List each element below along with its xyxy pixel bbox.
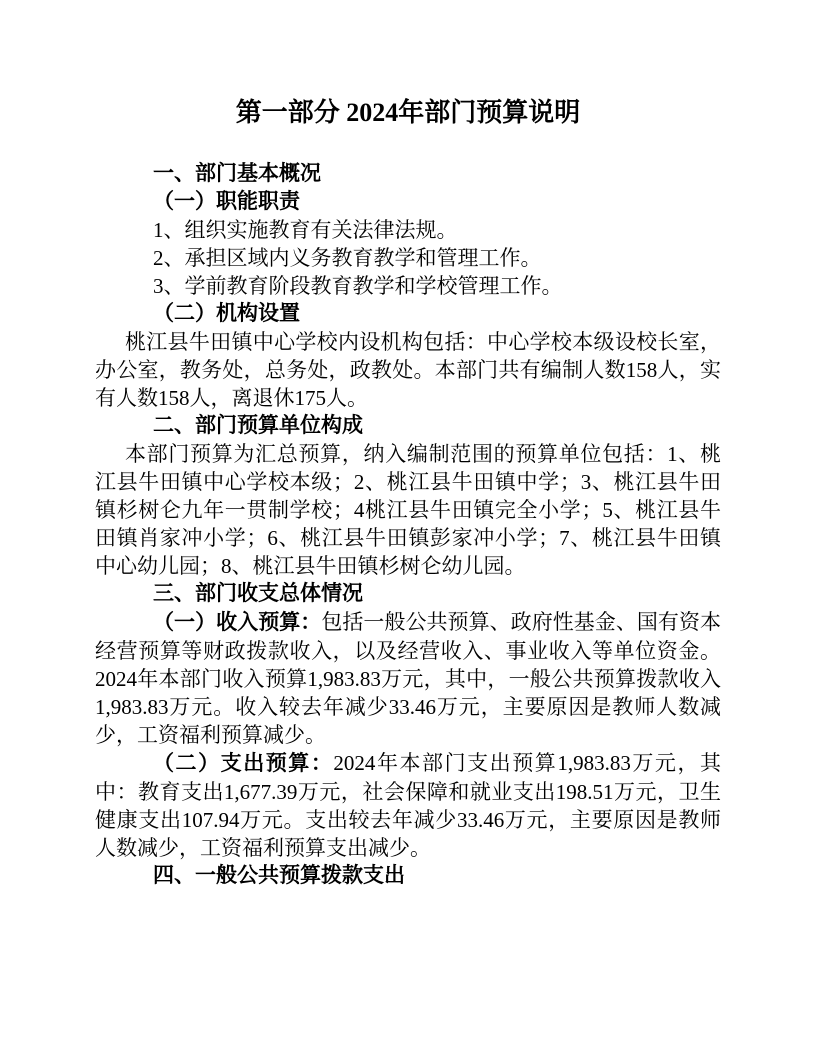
expenditure-budget-lead-label: （二）支出预算： bbox=[153, 752, 333, 775]
list-item-duty-3: 3、学前教育阶段教育教学和学校管理工作。 bbox=[95, 272, 721, 300]
list-item-duty-1: 1、组织实施教育有关法律法规。 bbox=[95, 216, 721, 244]
subsection-heading-duties: （一）职能职责 bbox=[95, 188, 721, 216]
income-budget-lead-label: （一）收入预算： bbox=[153, 611, 321, 634]
subsection-heading-organization: （二）机构设置 bbox=[95, 300, 721, 328]
section-heading-budget-units: 二、部门预算单位构成 bbox=[95, 412, 721, 440]
section-heading-basic-overview: 一、部门基本概况 bbox=[95, 160, 721, 188]
paragraph-organization: 桃江县牛田镇中心学校内设机构包括：中心学校本级设校长室，办公室，教务处，总务处，… bbox=[95, 328, 721, 412]
paragraph-expenditure-budget: （二）支出预算：2024年本部门支出预算1,983.83万元，其中：教育支出1,… bbox=[95, 749, 721, 862]
paragraph-budget-units: 本部门预算为汇总预算，纳入编制范围的预算单位包括：1、桃江县牛田镇中心学校本级；… bbox=[95, 440, 721, 580]
list-item-duty-2: 2、承担区域内义务教育教学和管理工作。 bbox=[95, 244, 721, 272]
paragraph-income-budget: （一）收入预算：包括一般公共预算、政府性基金、国有资本经营预算等财政拨款收入，以… bbox=[95, 608, 721, 749]
section-heading-public-budget-expenditure: 四、一般公共预算拨款支出 bbox=[95, 862, 721, 890]
section-heading-revenue-expenditure: 三、部门收支总体情况 bbox=[95, 580, 721, 608]
document-page: 第一部分 2024年部门预算说明 一、部门基本概况 （一）职能职责 1、组织实施… bbox=[0, 0, 816, 1056]
document-text-area: 第一部分 2024年部门预算说明 一、部门基本概况 （一）职能职责 1、组织实施… bbox=[95, 96, 721, 890]
document-title: 第一部分 2024年部门预算说明 bbox=[95, 96, 721, 130]
